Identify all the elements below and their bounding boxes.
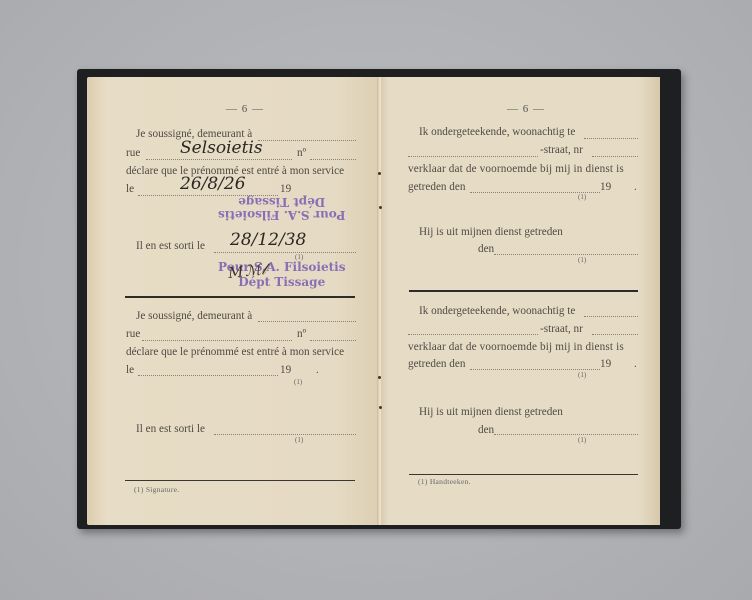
- declaration-line-1: Ik ondergeteekende, woonachtig te: [419, 126, 575, 138]
- declaration-line-1: Ik ondergeteekende, woonachtig te: [419, 305, 575, 317]
- number-field[interactable]: [310, 340, 356, 341]
- footnote-ref: (1): [578, 256, 586, 264]
- footnote-ref: (1): [578, 371, 586, 379]
- entry-date-field[interactable]: [470, 369, 600, 370]
- number-label: nº: [297, 147, 306, 159]
- stitch-hole: [378, 172, 381, 175]
- number-field[interactable]: [310, 159, 356, 160]
- page-number-right: — 6 —: [507, 103, 545, 115]
- exit-line: Hij is uit mijnen dienst getreden: [419, 226, 563, 238]
- rue-label: rue: [126, 328, 140, 340]
- exit-line: Hij is uit mijnen dienst getreden: [419, 406, 563, 418]
- entry-date-handwritten: 26/8/26: [180, 174, 246, 194]
- year-prefix: 19: [600, 358, 611, 370]
- street-field[interactable]: [408, 156, 538, 157]
- page-number-left: — 6 —: [226, 103, 264, 115]
- exit-date-field[interactable]: [214, 252, 356, 253]
- exit-label: Il en est sorti le: [136, 240, 205, 252]
- footnote-ref: (1): [578, 436, 586, 444]
- number-field[interactable]: [592, 334, 638, 335]
- footnote-divider: [125, 480, 355, 481]
- section-divider: [125, 296, 355, 298]
- footnote-ref: (1): [295, 436, 303, 444]
- declaration-line-1: Je soussigné, demeurant à: [136, 310, 252, 322]
- exit-label: Il en est sorti le: [136, 423, 205, 435]
- le-label: le: [126, 183, 134, 195]
- rue-label: rue: [126, 147, 140, 159]
- stitch-hole: [379, 206, 382, 209]
- stamp-line-2: Dépt Tissage: [218, 195, 345, 208]
- period: .: [634, 358, 637, 370]
- getreden-label: getreden den: [408, 358, 465, 370]
- section-divider: [409, 290, 638, 292]
- stitch-hole: [379, 406, 382, 409]
- year-prefix: 19: [600, 181, 611, 193]
- exit-date-field[interactable]: [494, 434, 638, 435]
- company-stamp-upside-down: Pour S.A. Filsoietis Dépt Tissage: [218, 195, 345, 221]
- exit-date-handwritten: 28/12/38: [230, 230, 306, 250]
- address-field[interactable]: [258, 140, 356, 141]
- number-label: nº: [297, 328, 306, 340]
- stamp-line-1: Pour S.A. Filsoietis: [218, 208, 345, 221]
- declaration-line-3: déclare que le prénommé est entré à mon …: [126, 346, 344, 358]
- right-page: [381, 77, 660, 525]
- street-field[interactable]: [408, 334, 538, 335]
- declaration-line-3: verklaar dat de voornoemde bij mij in di…: [408, 163, 624, 175]
- number-field[interactable]: [592, 156, 638, 157]
- getreden-label: getreden den: [408, 181, 465, 193]
- exit-date-field[interactable]: [494, 254, 638, 255]
- period: .: [316, 364, 319, 376]
- year-prefix: 19: [280, 183, 291, 195]
- footnote-text: (1) Handteeken.: [418, 477, 471, 486]
- street-label: -straat, nr: [540, 323, 583, 335]
- exit-date-field[interactable]: [214, 434, 356, 435]
- footnote-ref: (1): [578, 193, 586, 201]
- le-label: le: [126, 364, 134, 376]
- footnote-ref: (1): [294, 378, 302, 386]
- footnote-divider: [409, 474, 638, 475]
- den-label: den: [478, 424, 494, 436]
- year-prefix: 19: [280, 364, 291, 376]
- declaration-line-3: verklaar dat de voornoemde bij mij in di…: [408, 341, 624, 353]
- footnote-text: (1) Signature.: [134, 485, 179, 494]
- den-label: den: [478, 243, 494, 255]
- address-field[interactable]: [584, 138, 638, 139]
- entry-date-field[interactable]: [138, 375, 278, 376]
- rue-handwritten-value: Selsoietis: [180, 138, 263, 158]
- period: .: [634, 181, 637, 193]
- street-label: -straat, nr: [540, 144, 583, 156]
- rue-field[interactable]: [146, 159, 292, 160]
- rue-field[interactable]: [142, 340, 292, 341]
- address-field[interactable]: [258, 321, 356, 322]
- stitch-hole: [378, 376, 381, 379]
- address-field[interactable]: [584, 316, 638, 317]
